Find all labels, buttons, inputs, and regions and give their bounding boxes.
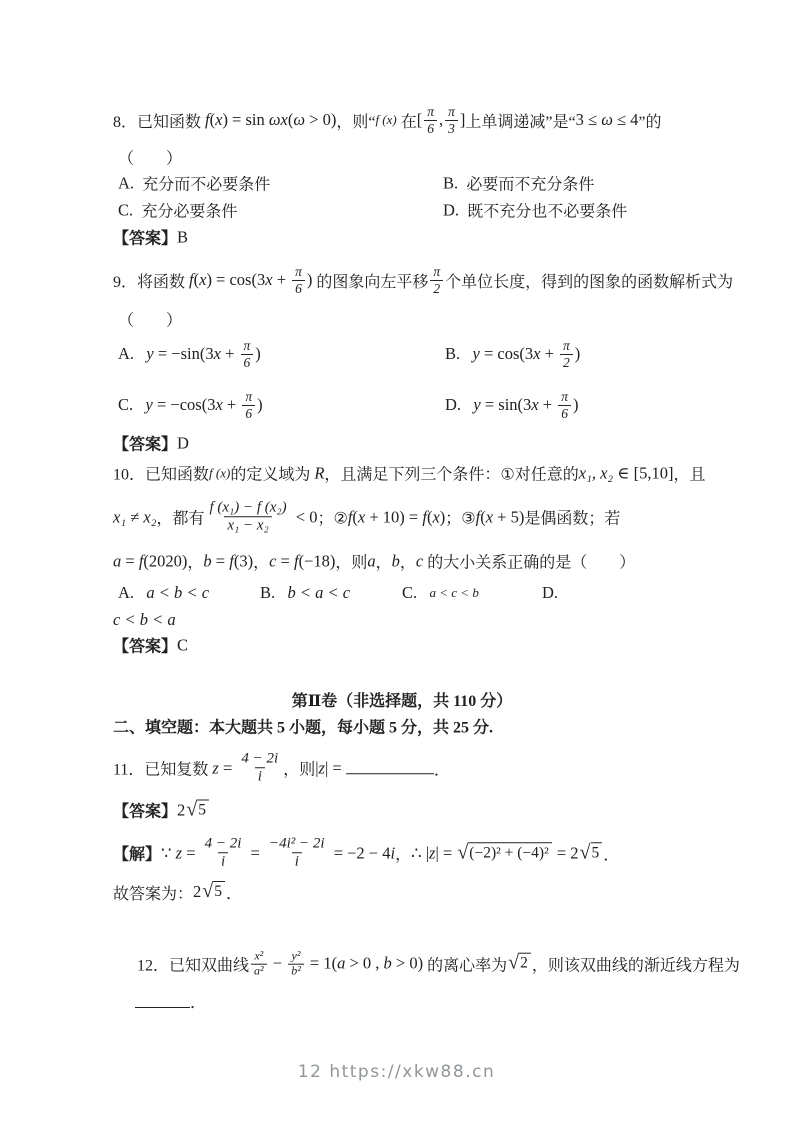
math-run: B. bbox=[443, 173, 466, 193]
text-run: （ ） bbox=[118, 308, 182, 331]
math-run: > 0 , bbox=[345, 954, 383, 974]
math-run: ． bbox=[190, 989, 207, 1013]
text-run: 既不充分也不必要条件 bbox=[467, 199, 627, 222]
math-run: ∴ | bbox=[411, 843, 429, 863]
math-run: ． bbox=[434, 756, 451, 780]
math-run: + bbox=[223, 395, 241, 415]
sqrt-radical: √(−2)² + (−4)² bbox=[457, 842, 551, 864]
math-run: D. bbox=[443, 200, 467, 220]
radical-sign: √ bbox=[580, 842, 591, 864]
q9-stem-item: 9．将函数 f(x) = cos(3x + π6) 的图象向左平移π2个单位长度… bbox=[113, 264, 733, 296]
math-run: a bbox=[113, 551, 121, 571]
section-2-subtitle: 二、填空题：本大题共 5 小题，每小题 5 分，共 25 分. bbox=[113, 714, 691, 738]
text-run: ；② bbox=[317, 506, 347, 529]
fraction-numerator: π bbox=[242, 389, 255, 405]
math-run: ωx bbox=[269, 110, 288, 130]
fraction: π6 bbox=[292, 264, 305, 296]
fraction-denominator: b² bbox=[288, 964, 304, 979]
q11-conclusion-item: 故答案为：2√5． bbox=[113, 880, 243, 904]
q9-options-ab: A. y = −sin(3x + π6)B. y = cos(3x + π2) bbox=[113, 330, 691, 378]
math-run: = cos(3 bbox=[480, 344, 533, 364]
q9-answer: 【答案】D bbox=[113, 432, 691, 454]
math-run: x bbox=[531, 395, 538, 415]
math-run: c bbox=[416, 551, 423, 571]
page-footer: 12 https://xkw88.cn bbox=[0, 1062, 793, 1082]
math-run: (−18) bbox=[299, 551, 336, 571]
math-run: x bbox=[265, 270, 272, 290]
math-run: > 0) bbox=[392, 954, 423, 974]
text-run: ，且 bbox=[673, 462, 705, 485]
math-run: ) bbox=[257, 395, 263, 415]
q9-paren-item: （ ） bbox=[118, 308, 182, 331]
fraction-numerator: 4 − 2i bbox=[238, 750, 281, 767]
sqrt-radical: √5 bbox=[186, 799, 209, 821]
q12-blank: ． bbox=[113, 990, 691, 1012]
q10-stem-3: a = f(2020)，b = f(3)，c = f(−18)，则a，b，c 的… bbox=[113, 549, 691, 573]
math-run: x bbox=[215, 395, 222, 415]
math-run: b bbox=[392, 551, 400, 571]
text-run: 必要而不充分条件 bbox=[466, 172, 594, 195]
math-run: ) = sin bbox=[222, 110, 268, 130]
math-run: = bbox=[182, 843, 200, 863]
q11-stem: 11．已知复数 z = 4 − 2ii，则|z| = ． bbox=[113, 745, 691, 791]
fraction-denominator: 2 bbox=[430, 280, 443, 297]
fraction-denominator: 6 bbox=[424, 120, 437, 137]
radicand: 5 bbox=[197, 799, 209, 821]
sqrt-radical: √5 bbox=[202, 881, 225, 903]
radical-sign: √ bbox=[508, 953, 519, 975]
fraction: π3 bbox=[445, 104, 458, 136]
text-run: ，则该双曲线的渐近线方程为 bbox=[532, 953, 740, 976]
math-run: R bbox=[314, 463, 324, 483]
math-run: ∵ bbox=[161, 843, 176, 863]
q8-option-d: D. 既不充分也不必要条件 bbox=[443, 199, 627, 222]
text-run: 【答案】 bbox=[113, 799, 177, 822]
fraction-denominator: 6 bbox=[242, 405, 255, 422]
text-run: 9．将函数 bbox=[113, 269, 189, 292]
math-run: B. bbox=[445, 344, 473, 364]
math-run-small: a < c < b bbox=[430, 585, 479, 601]
fraction: π6 bbox=[241, 338, 254, 370]
math-run: A. bbox=[118, 173, 142, 193]
math-run: y bbox=[473, 344, 480, 364]
fraction-numerator: y² bbox=[289, 950, 304, 964]
q12-stem-item: 12．已知双曲线x²a² − y²b² = 1(a > 0 , b > 0) 的… bbox=[137, 950, 740, 979]
q8-option-b: B. 必要而不充分条件 bbox=[443, 172, 594, 195]
math-run-small: f (x) bbox=[375, 112, 396, 128]
radicand: (−2)² + (−4)² bbox=[468, 842, 551, 864]
math-run: y bbox=[146, 395, 153, 415]
text-run: ；③ bbox=[445, 506, 475, 529]
math-run: = bbox=[246, 843, 264, 863]
q10-answer-item: 【答案】C bbox=[113, 634, 188, 657]
section-2-title: 第Ⅱ卷（非选择题，共 110 分） bbox=[113, 687, 691, 711]
q10-stem-2: x₁ ≠ x₂，都有f (x₁) − f (x₂)x₁ − x₂ < 0；②f(… bbox=[113, 490, 691, 544]
q10-option-b: B. b < a < c bbox=[260, 583, 350, 603]
math-run: = 2 bbox=[553, 843, 579, 863]
math-run: x₁, x₂ bbox=[579, 463, 613, 483]
math-run: B. bbox=[260, 583, 288, 603]
text-run: 10．已知函数 bbox=[113, 462, 209, 485]
math-run: = bbox=[219, 758, 237, 778]
fraction: π6 bbox=[558, 389, 571, 421]
math-run: y bbox=[473, 395, 480, 415]
math-run: x bbox=[486, 507, 493, 527]
math-run: + bbox=[273, 270, 291, 290]
q10-option-d-wrap-item: c < b < a bbox=[113, 610, 176, 630]
math-run: b < a < c bbox=[288, 583, 351, 603]
math-run: + 10) = bbox=[365, 507, 422, 527]
math-run: − bbox=[269, 954, 287, 974]
fraction-denominator: 2 bbox=[560, 354, 573, 371]
radicand: 5 bbox=[591, 842, 603, 864]
text-run: 【答案】 bbox=[113, 634, 177, 657]
math-run: a bbox=[367, 551, 375, 571]
text-run: 8．已知函数 bbox=[113, 109, 205, 132]
q10-stem-3-item: a = f(2020)，b = f(3)，c = f(−18)，则a，b，c 的… bbox=[113, 550, 635, 573]
fraction-numerator: f (x₁) − f (x₂) bbox=[206, 499, 289, 516]
math-run: a bbox=[337, 954, 345, 974]
q11-answer: 【答案】2√5 bbox=[113, 797, 691, 823]
math-run: ω bbox=[601, 110, 613, 130]
math-run: < 0 bbox=[292, 507, 318, 527]
text-run: ”的 bbox=[638, 109, 661, 132]
text-run: 上单调递减”是“ bbox=[465, 109, 575, 132]
fraction: π6 bbox=[424, 104, 437, 136]
math-run: x bbox=[214, 344, 221, 364]
section-2-title-item: 第Ⅱ卷（非选择题，共 110 分） bbox=[292, 688, 513, 711]
text-run: ，则 bbox=[335, 550, 367, 573]
radical-sign: √ bbox=[202, 881, 213, 903]
q11-solution: 【解】∵ z = 4 − 2ii = −4i² − 2ii = −2 − 4i，… bbox=[113, 829, 691, 877]
math-run: ω bbox=[293, 110, 305, 130]
answer-q10: C bbox=[177, 635, 188, 655]
text-run: 11．已知复数 bbox=[113, 757, 212, 780]
q10-option-a: A. a < b < c bbox=[118, 583, 209, 603]
text-run: ， bbox=[376, 550, 392, 573]
fraction-denominator: 3 bbox=[445, 120, 458, 137]
q11-answer-item: 【答案】2√5 bbox=[113, 799, 210, 822]
math-run: 2 bbox=[193, 882, 201, 902]
fraction: x²a² bbox=[251, 950, 267, 979]
math-run: C. bbox=[118, 200, 141, 220]
text-run: 充分而不必要条件 bbox=[142, 172, 270, 195]
text-run: 个单位长度，得到的图象的函数解析式为 bbox=[445, 269, 733, 292]
q10-option-d-wrap: c < b < a bbox=[113, 608, 691, 632]
q8-paren-item: （ ） bbox=[118, 146, 182, 169]
math-run: (3) bbox=[234, 551, 253, 571]
math-run: (2020) bbox=[143, 551, 187, 571]
q11-conclusion: 故答案为：2√5． bbox=[113, 880, 691, 904]
math-run: , bbox=[439, 110, 443, 130]
q9-option-c: C. y = −cos(3x + π6) bbox=[118, 389, 263, 421]
math-run: x bbox=[199, 270, 206, 290]
math-run: ≤ 4 bbox=[613, 110, 639, 130]
math-run: ． bbox=[603, 841, 620, 865]
fraction: −4i² − 2ii bbox=[266, 835, 328, 871]
q8-stem-item: 8．已知函数 f(x) = sin ωx(ω > 0)，则“f (x) 在[π6… bbox=[113, 104, 662, 136]
q11-solution-item: 【解】∵ z = 4 − 2ii = −4i² − 2ii = −2 − 4i，… bbox=[113, 835, 620, 871]
math-run: + bbox=[540, 344, 558, 364]
radical-sign: √ bbox=[457, 842, 468, 864]
math-run: > 0) bbox=[305, 110, 336, 130]
q9-options-cd: C. y = −cos(3x + π6)D. y = sin(3x + π6) bbox=[113, 381, 691, 429]
sqrt-radical: √5 bbox=[580, 842, 603, 864]
fraction-denominator: i bbox=[292, 853, 302, 871]
math-run: x₁ ≠ x₂ bbox=[113, 507, 156, 527]
text-run: 的图象向左平移 bbox=[312, 269, 428, 292]
fraction-denominator: a² bbox=[251, 964, 267, 979]
q12-stem: 12．已知双曲线x²a² − y²b² = 1(a > 0 , b > 0) 的… bbox=[113, 940, 691, 988]
fraction-denominator: i bbox=[255, 768, 265, 786]
fraction-numerator: π bbox=[292, 264, 305, 280]
answer-q11: 2 bbox=[177, 800, 185, 820]
fraction-denominator: i bbox=[218, 853, 228, 871]
radical-sign: √ bbox=[186, 799, 197, 821]
q8-options-ab: A. 充分而不必要条件B. 必要而不充分条件 bbox=[113, 172, 691, 194]
radicand: 5 bbox=[213, 881, 225, 903]
text-run: 的大小关系正确的是（ ） bbox=[423, 550, 635, 573]
text-run: 在 bbox=[397, 109, 417, 132]
text-run: ，且满足下列三个条件：①对任意的 bbox=[324, 462, 578, 485]
fraction: π6 bbox=[242, 389, 255, 421]
math-run: C. bbox=[402, 583, 430, 603]
math-run: = bbox=[121, 551, 139, 571]
q10-stem-1-item: 10．已知函数f (x)的定义域为 R，且满足下列三个条件：①对任意的x₁, x… bbox=[113, 462, 706, 485]
fraction-numerator: 4 − 2i bbox=[202, 835, 245, 852]
math-run-small: f (x) bbox=[209, 465, 230, 481]
math-run: c < b < a bbox=[113, 610, 176, 630]
q8-paren: （ ） bbox=[113, 146, 691, 168]
fraction: 4 − 2ii bbox=[202, 835, 245, 871]
text-run: 充分必要条件 bbox=[141, 199, 237, 222]
math-run: ) bbox=[575, 344, 581, 364]
q10-option-d: D. bbox=[542, 583, 558, 603]
fraction: f (x₁) − f (x₂)x₁ − x₂ bbox=[206, 499, 289, 535]
text-run: ， bbox=[187, 550, 203, 573]
text-run: 第Ⅱ卷（非选择题，共 110 分） bbox=[292, 688, 513, 711]
text-run: 【答案】 bbox=[113, 226, 177, 249]
q10-stem-1: 10．已知函数f (x)的定义域为 R，且满足下列三个条件：①对任意的x₁, x… bbox=[113, 461, 691, 485]
fraction-numerator: −4i² − 2i bbox=[266, 835, 328, 852]
math-run: x bbox=[215, 110, 222, 130]
math-run: = bbox=[276, 551, 294, 571]
math-run: A. bbox=[118, 344, 146, 364]
q10-stem-2-item: x₁ ≠ x₂，都有f (x₁) − f (x₂)x₁ − x₂ < 0；②f(… bbox=[113, 499, 620, 535]
math-run: D. bbox=[445, 395, 473, 415]
fraction-numerator: x² bbox=[251, 950, 266, 964]
math-run: ) = cos(3 bbox=[206, 270, 265, 290]
text-run: 的定义域为 bbox=[230, 462, 314, 485]
radicand: 2 bbox=[519, 953, 531, 975]
math-run: D. bbox=[542, 583, 558, 603]
q9-option-a: A. y = −sin(3x + π6) bbox=[118, 338, 261, 370]
q8-stem: 8．已知函数 f(x) = sin ωx(ω > 0)，则“f (x) 在[π6… bbox=[113, 98, 691, 142]
q10-answer: 【答案】C bbox=[113, 634, 691, 656]
math-run: x bbox=[358, 507, 365, 527]
text-run: （ ） bbox=[118, 146, 182, 169]
answer-q8: B bbox=[177, 227, 188, 247]
fraction: 4 − 2ii bbox=[238, 750, 281, 786]
math-run: y bbox=[146, 344, 153, 364]
q11-stem-item: 11．已知复数 z = 4 − 2ii，则|z| = ． bbox=[113, 750, 450, 786]
fraction-denominator: 6 bbox=[292, 280, 305, 297]
math-run: = 1( bbox=[306, 954, 337, 974]
document-page: 8．已知函数 f(x) = sin ωx(ω > 0)，则“f (x) 在[π6… bbox=[0, 0, 793, 1122]
math-run: ． bbox=[226, 880, 243, 904]
q9-option-b: B. y = cos(3x + π2) bbox=[445, 338, 580, 370]
math-run: C. bbox=[118, 395, 146, 415]
text-run: 【解】 bbox=[113, 842, 161, 865]
math-run: 3 ≤ bbox=[576, 110, 602, 130]
math-run: ) bbox=[573, 395, 579, 415]
fraction: y²b² bbox=[288, 950, 304, 979]
q10-options: A. a < b < cB. b < a < cC. a < c < bD. bbox=[113, 582, 691, 604]
math-run: x bbox=[533, 344, 540, 364]
fraction-numerator: π bbox=[430, 264, 443, 280]
fraction-numerator: π bbox=[241, 338, 254, 354]
q9-paren: （ ） bbox=[113, 308, 691, 330]
fraction: π2 bbox=[430, 264, 443, 296]
q8-option-c: C. 充分必要条件 bbox=[118, 199, 237, 222]
text-run: 12．已知双曲线 bbox=[137, 953, 249, 976]
math-run: = bbox=[212, 551, 230, 571]
fraction: π2 bbox=[560, 338, 573, 370]
text-run: ， bbox=[395, 842, 411, 865]
q8-option-a: A. 充分而不必要条件 bbox=[118, 172, 270, 195]
answer-blank bbox=[135, 1007, 190, 1008]
math-run: a < b < c bbox=[146, 583, 209, 603]
answer-blank bbox=[346, 774, 434, 775]
fraction-numerator: π bbox=[560, 338, 573, 354]
text-run: 的离心率为 bbox=[423, 953, 507, 976]
math-run: + 5) bbox=[493, 507, 524, 527]
math-run: | = bbox=[325, 758, 346, 778]
math-run: b bbox=[203, 551, 211, 571]
math-run: = sin(3 bbox=[481, 395, 532, 415]
math-run: + bbox=[221, 344, 239, 364]
q9-stem: 9．将函数 f(x) = cos(3x + π6) 的图象向左平移π2个单位长度… bbox=[113, 256, 691, 304]
text-run: 二、填空题：本大题共 5 小题，每小题 5 分，共 25 分. bbox=[113, 715, 493, 738]
math-run: ∈ [5,10] bbox=[613, 463, 673, 483]
section-2-subtitle-item: 二、填空题：本大题共 5 小题，每小题 5 分，共 25 分. bbox=[113, 715, 493, 738]
fraction-denominator: 6 bbox=[558, 405, 571, 422]
fraction-numerator: π bbox=[424, 104, 437, 120]
math-run: = −cos(3 bbox=[153, 395, 216, 415]
answer-q9: D bbox=[177, 433, 189, 453]
sqrt-radical: √2 bbox=[508, 953, 531, 975]
math-run: b bbox=[384, 954, 392, 974]
text-run: ，则 bbox=[283, 757, 315, 780]
math-run: | = bbox=[435, 843, 456, 863]
q12-blank-item: ． bbox=[135, 989, 207, 1013]
fraction-numerator: π bbox=[558, 389, 571, 405]
math-run: [ bbox=[417, 110, 423, 130]
math-run: x bbox=[432, 507, 439, 527]
math-run: = −2 − 4 bbox=[330, 843, 391, 863]
text-run: 【答案】 bbox=[113, 432, 177, 455]
math-run: = −sin(3 bbox=[154, 344, 214, 364]
text-run: 是偶函数；若 bbox=[524, 506, 620, 529]
math-run: ) bbox=[255, 344, 261, 364]
math-run: c bbox=[269, 551, 276, 571]
q8-answer-item: 【答案】B bbox=[113, 226, 188, 249]
q8-options-cd: C. 充分必要条件D. 既不充分也不必要条件 bbox=[113, 199, 691, 221]
text-run: ，都有 bbox=[156, 506, 204, 529]
fraction-denominator: 6 bbox=[241, 354, 254, 371]
fraction-numerator: π bbox=[445, 104, 458, 120]
q9-option-d: D. y = sin(3x + π6) bbox=[445, 389, 578, 421]
text-run: ，则“ bbox=[336, 109, 375, 132]
fraction-denominator: x₁ − x₂ bbox=[224, 517, 271, 535]
q10-option-c: C. a < c < b bbox=[402, 583, 479, 603]
text-run: 故答案为： bbox=[113, 881, 193, 904]
q8-answer: 【答案】B bbox=[113, 226, 691, 248]
q9-answer-item: 【答案】D bbox=[113, 432, 189, 455]
text-run: ， bbox=[400, 550, 416, 573]
math-run: A. bbox=[118, 583, 146, 603]
text-run: ， bbox=[253, 550, 269, 573]
math-run: + bbox=[539, 395, 557, 415]
